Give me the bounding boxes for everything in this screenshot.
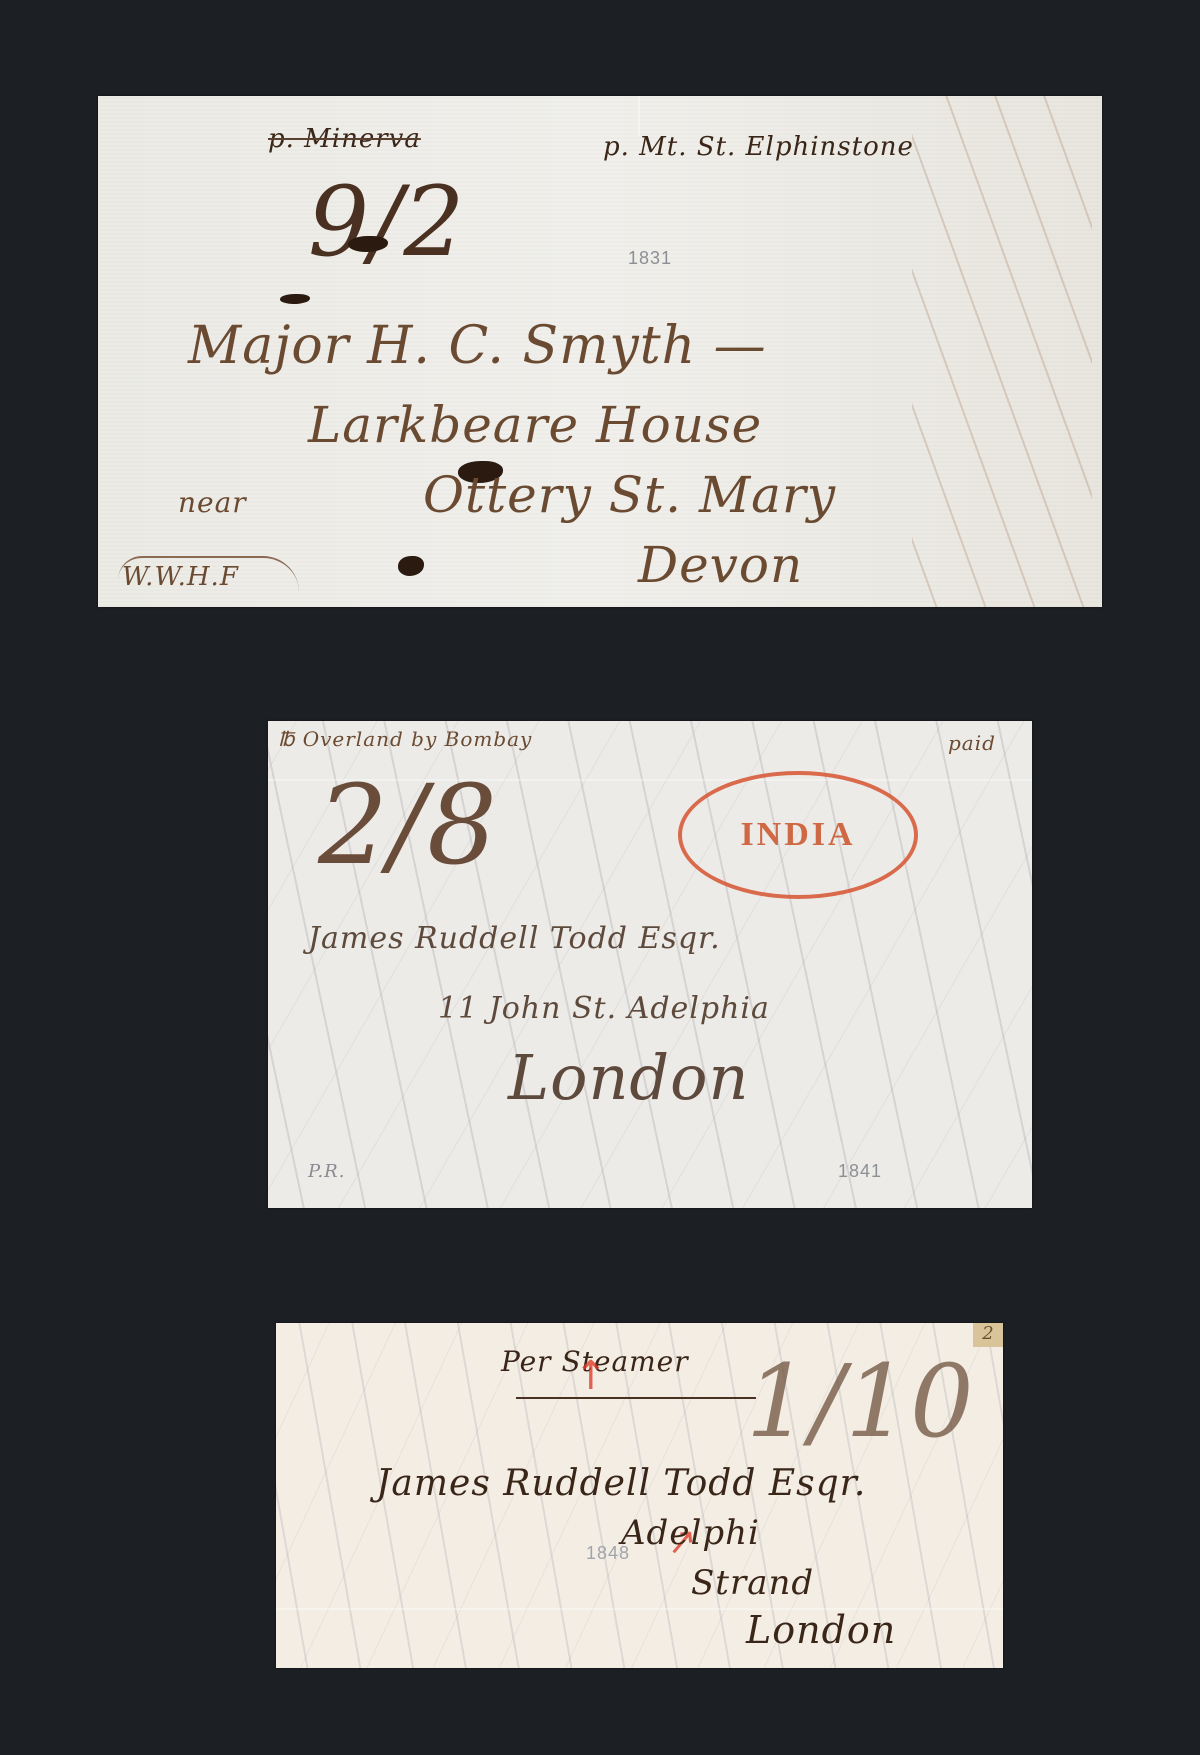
address-line-4: Devon <box>638 536 803 594</box>
cover-1848: 2 Per Steamer ↑ ↑ 1/10 James Ruddell Tod… <box>276 1323 1003 1668</box>
year-note: 1831 <box>628 248 672 269</box>
show-through-writing <box>912 96 1092 607</box>
cover-1831: p. Minerva p. Mt. St. Elphinstone 1831 9… <box>98 96 1102 607</box>
address-line-1: James Ruddell Todd Esqr. <box>376 1463 866 1504</box>
address-line-3: London <box>508 1041 749 1114</box>
postmark-text: INDIA <box>740 816 855 854</box>
address-line-2: 11 John St. Adelphia <box>438 991 770 1026</box>
ink-blot <box>280 294 310 304</box>
near-label: near <box>178 486 247 519</box>
ink-blot <box>398 556 424 576</box>
year-note: 1841 <box>838 1161 882 1182</box>
rate-mark: 2/8 <box>318 761 498 889</box>
routing-right: p. Mt. St. Elphinstone <box>603 132 914 162</box>
rate-mark: 1/10 <box>746 1343 975 1460</box>
initials: P.R. <box>308 1161 345 1182</box>
address-line-3: Ottery St. Mary <box>423 466 836 524</box>
rate-mark: 9/2 <box>308 166 466 278</box>
address-line-4: London <box>746 1608 896 1652</box>
india-oval-postmark: INDIA <box>678 771 918 899</box>
year-note: 1848 <box>586 1543 630 1564</box>
routing-top: ℔ Overland by Bombay <box>278 727 532 751</box>
address-line-1: James Ruddell Todd Esqr. <box>308 921 721 956</box>
corner-tab: 2 <box>973 1323 1003 1347</box>
fold-line <box>638 96 640 136</box>
routing-left: p. Minerva <box>268 124 421 154</box>
red-mark: ↑ <box>574 1353 608 1399</box>
routing-underline <box>516 1397 756 1399</box>
address-line-2: Larkbeare House <box>308 396 762 454</box>
paid-note: paid <box>948 731 996 755</box>
address-line-3: Strand <box>691 1563 814 1603</box>
address-line-2: Adelphi <box>621 1513 760 1553</box>
address-line-1: Major H. C. Smyth — <box>188 316 767 376</box>
cover-1841: ℔ Overland by Bombay paid 2/8 INDIA Jame… <box>268 721 1032 1208</box>
initials: W.W.H.F <box>118 556 299 592</box>
